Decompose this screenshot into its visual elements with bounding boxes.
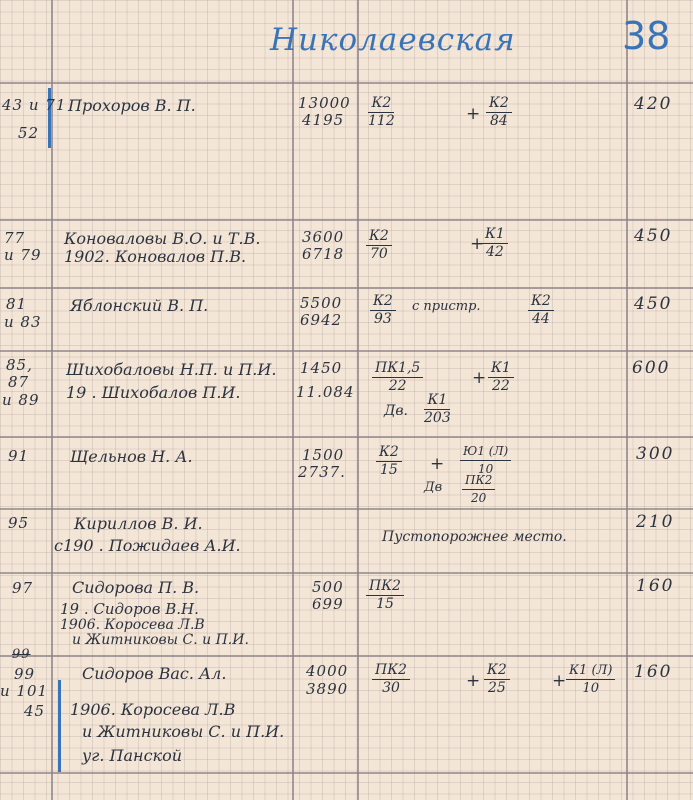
owner-name: Сидоров Вас. Ал. [82,664,226,683]
amount: 600 [632,358,670,378]
area-value-2: 2737. [298,463,346,482]
area-value-2: 3890 [306,680,348,699]
house-number: 95 [8,514,29,533]
amount: 420 [634,94,672,114]
row-divider [0,219,693,221]
amount: 160 [634,662,672,682]
area-value-2: 699 [312,595,344,614]
row-divider [0,350,693,352]
area-value-2: 6942 [300,311,342,330]
plus-sign: + [430,454,444,474]
owner-name: Кириллов В. И. [74,514,203,533]
owner-name-2: 1906. Коросева Л.В [70,700,235,719]
owner-name: Щельнов Н. А. [70,447,193,466]
yard-label: Дв. [384,402,408,421]
category-fraction: К270 [366,228,392,263]
owner-name: Коноваловы В.О. и Т.В. [64,229,260,248]
house-number-sub: и 101 [0,682,48,701]
house-number-struck: 99 [12,645,31,664]
house-number: 91 [8,447,29,466]
owner-name-4: и Житниковы С. и П.И. [72,631,249,650]
house-number: 97 [12,579,33,598]
category-fraction: К225 [484,662,510,697]
owner-name: Сидорова П. В. [72,578,199,597]
area-value-2: 4195 [302,111,344,130]
category-fraction: К284 [486,95,512,130]
category-fraction: К244 [528,293,554,328]
amount: 300 [636,444,674,464]
category-fraction: К1203 [424,392,451,427]
house-number: 43 и 71 [2,96,66,115]
category-fraction: К142 [482,226,508,261]
category-fraction: К215 [376,444,402,479]
owner-name: Яблонский В. П. [70,296,208,315]
row-divider [0,508,693,510]
page-number: 38 [622,14,670,58]
owner-name: Прохоров В. П. [68,96,196,115]
area-value-2: 11.084 [296,383,355,402]
vacant-lot-note: Пустопорожнее место. [382,528,567,547]
category-fraction: К1 (Л)10 [566,662,615,697]
amount: 450 [634,294,672,314]
category-fraction: ПК1,522 [372,360,423,395]
column-divider [626,0,628,800]
owner-name-2: 1902. Коновалов П.В. [64,247,246,266]
area-value: 4000 [306,662,348,681]
category-fraction: ПК215 [366,578,404,613]
street-title: Николаевская [270,22,516,58]
margin-mark [58,680,61,772]
owner-name-3: и Житниковы С. и П.И. [82,722,284,741]
annex-note: с пристр. [412,297,481,316]
amount: 160 [636,576,674,596]
area-value-2: 6718 [302,245,344,264]
column-divider [51,0,53,800]
plus-sign: + [466,671,480,691]
yard-label: Дв [424,478,442,497]
house-number-sub: 87 [8,373,29,392]
plus-sign: + [472,368,486,388]
house-number-sub: и 83 [4,313,42,332]
plus-sign: + [466,104,480,124]
category-fraction: К293 [370,293,396,328]
owner-name: Шихобаловы Н.П. и П.И. [66,360,276,379]
amount: 210 [636,512,674,532]
ledger-page: Николаевская 38 43 и 71 52 Прохоров В. П… [0,0,693,800]
owner-name-2: с190 . Пожидаев А.И. [54,536,241,555]
column-divider [357,0,359,800]
row-divider [0,572,693,574]
category-fraction: К122 [488,360,514,395]
category-fraction: К2112 [368,95,395,130]
house-number: 81 [6,295,27,314]
house-number-sub: 45 [24,702,45,721]
house-number-sub: 52 [18,124,39,143]
owner-name-4: уг. Панской [82,746,182,765]
row-divider [0,436,693,438]
row-divider [0,655,693,657]
column-divider [292,0,294,800]
row-divider [0,772,693,774]
plus-sign: + [552,671,566,691]
house-number-sub: и 79 [4,246,42,265]
category-fraction: ПК220 [462,472,495,507]
category-fraction: ПК230 [372,662,410,697]
row-divider [0,82,693,84]
amount: 450 [634,226,672,246]
house-number-sub: и 89 [2,391,40,410]
area-value: 1450 [300,359,342,378]
owner-name-2: 19 . Шихобалов П.И. [66,383,240,402]
row-divider [0,287,693,289]
